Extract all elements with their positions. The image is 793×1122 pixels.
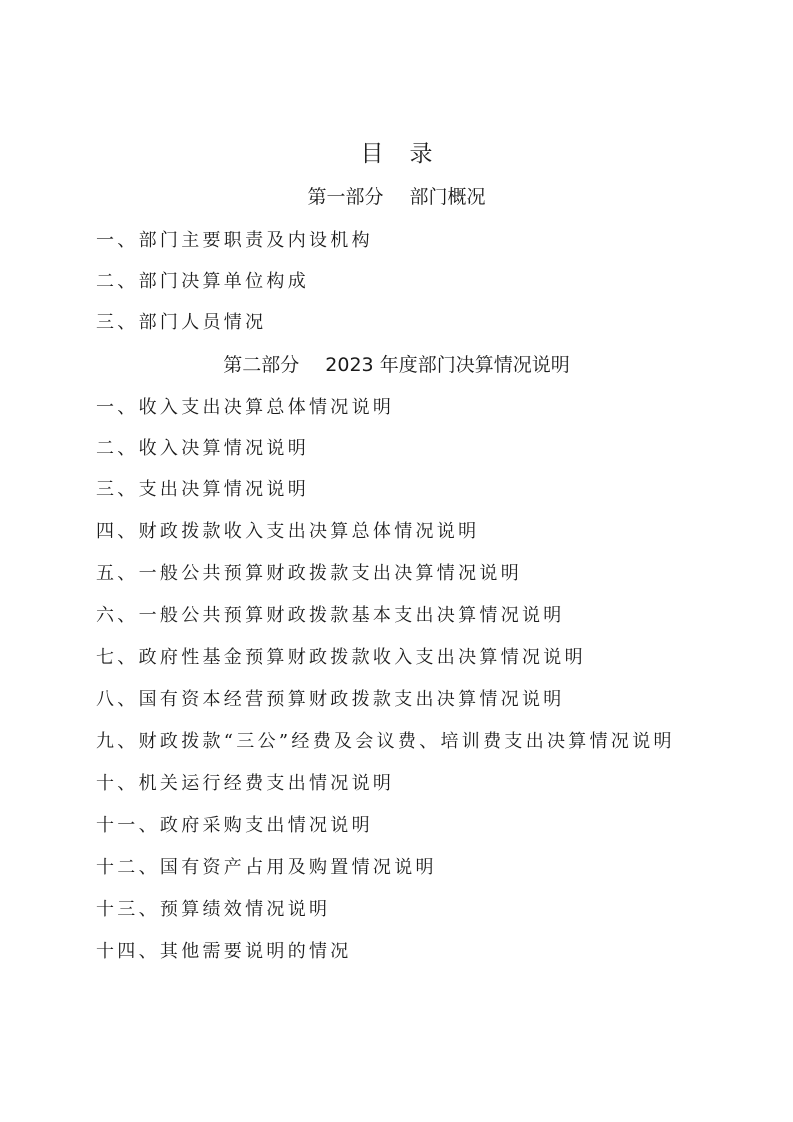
part-label: 第一部分 [307,186,383,208]
toc-entry[interactable]: 十、机关运行经费支出情况说明 [96,772,394,796]
part-one-heading: 第一部分部门概况 [0,184,793,210]
toc-entry[interactable]: 六、一般公共预算财政拨款基本支出决算情况说明 [96,604,565,628]
toc-entry[interactable]: 七、政府性基金预算财政拨款收入支出决算情况说明 [96,646,586,670]
document-page: 目录 第一部分部门概况 一、部门主要职责及内设机构 二、部门决算单位构成 三、部… [0,0,793,1122]
part-name: 部门概况 [410,186,486,208]
toc-entry[interactable]: 三、支出决算情况说明 [96,478,309,502]
toc-entry[interactable]: 十三、预算绩效情况说明 [96,898,330,922]
part-two-heading: 第二部分2023 年度部门决算情况说明 [0,352,793,378]
toc-title-left: 目 [361,141,384,167]
part-label: 第二部分 [223,354,299,376]
toc-entry[interactable]: 十二、国有资产占用及购置情况说明 [96,856,437,880]
part-name: 2023 年度部门决算情况说明 [325,354,569,376]
toc-entry[interactable]: 五、一般公共预算财政拨款支出决算情况说明 [96,562,522,586]
toc-entry[interactable]: 一、收入支出决算总体情况说明 [96,396,394,420]
toc-entry[interactable]: 十一、政府采购支出情况说明 [96,814,373,838]
toc-entry[interactable]: 十四、其他需要说明的情况 [96,940,352,964]
toc-title-right: 录 [410,141,433,167]
toc-entry[interactable]: 九、财政拨款“三公”经费及会议费、培训费支出决算情况说明 [96,730,675,754]
toc-entry[interactable]: 四、财政拨款收入支出决算总体情况说明 [96,520,479,544]
toc-entry[interactable]: 三、部门人员情况 [96,311,266,335]
toc-title: 目录 [0,139,793,169]
toc-entry[interactable]: 八、国有资本经营预算财政拨款支出决算情况说明 [96,688,565,712]
toc-entry[interactable]: 二、收入决算情况说明 [96,437,309,461]
toc-entry[interactable]: 二、部门决算单位构成 [96,270,309,294]
toc-entry[interactable]: 一、部门主要职责及内设机构 [96,229,373,253]
